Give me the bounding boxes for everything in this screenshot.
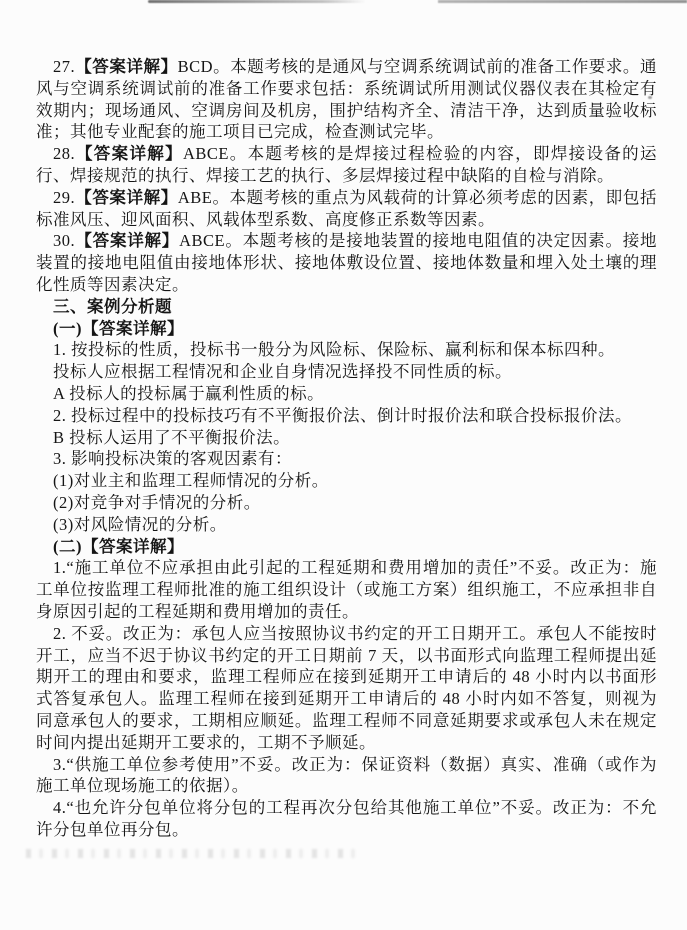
para-text: 2. 投标过程中的投标技巧有不平衡报价法、倒计时报价法和联合投标报价法。: [53, 406, 632, 425]
para-text: 投标人应根据工程情况和企业自身情况选择投不同性质的标。: [53, 362, 512, 381]
section-heading: 三、案例分析题: [36, 296, 657, 318]
paragraph: 27.【答案详解】BCD。本题考核的是通风与空调系统调试前的准备工作要求。通风与…: [36, 56, 657, 143]
paragraph: (2)对竞争对手情况的分析。: [36, 492, 657, 514]
paragraph: B 投标人运用了不平衡报价法。: [36, 427, 657, 449]
paragraph: 28.【答案详解】ABCE。本题考核的是焊接过程检验的内容，即焊接设备的运行、焊…: [36, 143, 657, 187]
paragraph: 2. 投标过程中的投标技巧有不平衡报价法、倒计时报价法和联合投标报价法。: [36, 405, 657, 427]
para-text: 3. 影响投标决策的客观因素有：: [53, 449, 292, 468]
page-text-block: 27.【答案详解】BCD。本题考核的是通风与空调系统调试前的准备工作要求。通风与…: [36, 56, 657, 841]
paragraph: A 投标人的投标属于赢利性质的标。: [36, 383, 657, 405]
paragraph: 29.【答案详解】ABE。本题考核的重点为风载荷的计算必须考虑的因素，即包括标准…: [36, 187, 657, 231]
para-number: 28.: [53, 144, 75, 163]
para-heading: 【答案详解】: [75, 188, 178, 207]
paragraph: 1.“施工单位不应承担由此引起的工程延期和费用增加的责任”不妥。改正为：施工单位…: [36, 557, 657, 622]
para-text: A 投标人的投标属于赢利性质的标。: [53, 384, 324, 403]
para-text: (3)对风险情况的分析。: [53, 515, 227, 534]
paragraph: (1)对业主和监理工程师情况的分析。: [36, 470, 657, 492]
para-heading: 三、案例分析题: [53, 297, 172, 316]
section-heading: (一)【答案详解】: [36, 318, 657, 340]
paragraph: (3)对风险情况的分析。: [36, 514, 657, 536]
scan-artifact-top-left: [148, 0, 366, 3]
para-heading: 【答案详解】: [75, 231, 179, 250]
para-heading: (一)【答案详解】: [53, 319, 184, 338]
para-number: 29.: [53, 188, 75, 207]
paragraph: 3. 影响投标决策的客观因素有：: [36, 448, 657, 470]
para-heading: 【答案详解】: [75, 144, 183, 163]
para-text: 1.“施工单位不应承担由此引起的工程延期和费用增加的责任”不妥。改正为：施工单位…: [36, 558, 657, 621]
paragraph-list: 27.【答案详解】BCD。本题考核的是通风与空调系统调试前的准备工作要求。通风与…: [36, 56, 657, 841]
para-heading: (二)【答案详解】: [53, 537, 184, 556]
para-text: 2. 不妥。改正为：承包人应当按照协议书约定的开工日期开工。承包人不能按时开工，…: [36, 624, 657, 752]
paragraph: 投标人应根据工程情况和企业自身情况选择投不同性质的标。: [36, 361, 657, 383]
section-heading: (二)【答案详解】: [36, 536, 657, 558]
para-heading: 【答案详解】: [75, 57, 178, 76]
paragraph: 1. 按投标的性质，投标书一般分为风险标、保险标、赢利标和保本标四种。: [36, 339, 657, 361]
para-text: 3.“供施工单位参考使用”不妥。改正为：保证资料（数据）真实、准确（或作为施工单…: [36, 755, 657, 796]
scan-artifact-bottom: [26, 849, 356, 858]
para-text: 1. 按投标的性质，投标书一般分为风险标、保险标、赢利标和保本标四种。: [53, 340, 615, 359]
para-text: 4.“也允许分包单位将分包的工程再次分包给其他施工单位”不妥。改正为：不允许分包…: [36, 798, 657, 839]
para-text: B 投标人运用了不平衡报价法。: [53, 428, 290, 447]
paragraph: 30.【答案详解】ABCE。本题考核的是接地装置的接地电阻值的决定因素。接地装置…: [36, 230, 657, 295]
paragraph: 2. 不妥。改正为：承包人应当按照协议书约定的开工日期开工。承包人不能按时开工，…: [36, 623, 657, 754]
para-text: (1)对业主和监理工程师情况的分析。: [53, 471, 329, 490]
scanned-page: 27.【答案详解】BCD。本题考核的是通风与空调系统调试前的准备工作要求。通风与…: [0, 0, 687, 930]
scan-artifact-top-right: [438, 0, 687, 3]
paragraph: 3.“供施工单位参考使用”不妥。改正为：保证资料（数据）真实、准确（或作为施工单…: [36, 754, 657, 798]
para-number: 30.: [53, 231, 75, 250]
para-text: (2)对竞争对手情况的分析。: [53, 493, 261, 512]
para-number: 27.: [53, 57, 75, 76]
paragraph: 4.“也允许分包单位将分包的工程再次分包给其他施工单位”不妥。改正为：不允许分包…: [36, 797, 657, 841]
